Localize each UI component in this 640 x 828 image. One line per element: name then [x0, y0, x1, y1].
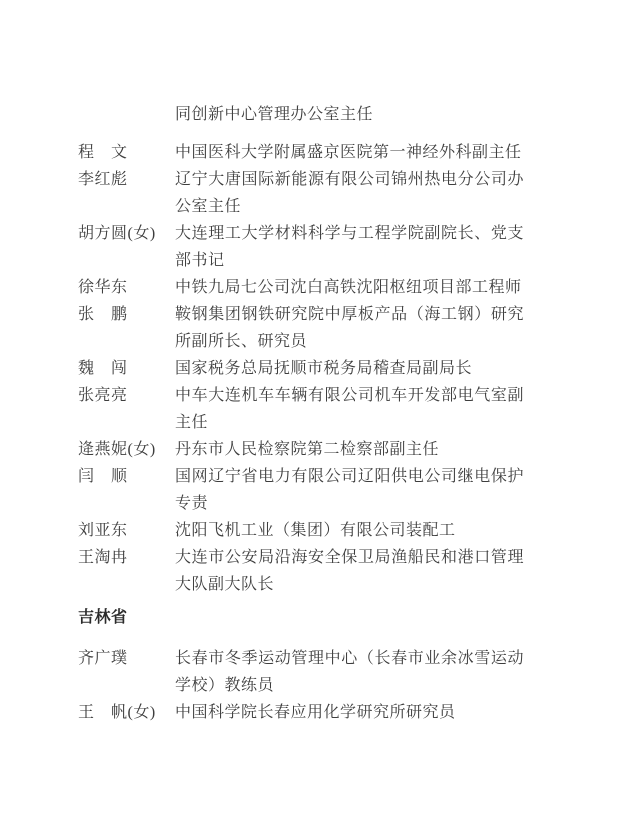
- entry-description: 大连市公安局沿海安全保卫局渔船民和港口管理大队副大队长: [175, 544, 524, 598]
- list-entry: 胡方圆(女)大连理工大学材料科学与工程学院副院长、党支部书记: [78, 220, 525, 274]
- list-entry: 闫 顺国网辽宁省电力有限公司辽阳供电公司继电保护专责: [78, 463, 525, 517]
- entry-description: 丹东市人民检察院第二检察部副主任: [175, 436, 524, 463]
- list-entry: 张 鹏鞍钢集团钢铁研究院中厚板产品（海工钢）研究所副所长、研究员: [78, 301, 525, 355]
- entry-name: 胡方圆(女): [78, 220, 175, 247]
- entry-description: 国家税务总局抚顺市税务局稽查局副局长: [175, 355, 524, 382]
- entry-name: 程 文: [78, 139, 175, 166]
- province-groups: 程 文中国医科大学附属盛京医院第一神经外科副主任李红彪辽宁大唐国际新能源有限公司…: [78, 139, 525, 726]
- entry-name: 王 帆(女): [78, 699, 175, 726]
- list-entry: 刘亚东沈阳飞机工业（集团）有限公司装配工: [78, 517, 525, 544]
- entry-description: 辽宁大唐国际新能源有限公司锦州热电分公司办公室主任: [175, 166, 524, 220]
- entry-description: 中国科学院长春应用化学研究所研究员: [175, 699, 524, 726]
- document-page: 同创新中心管理办公室主任 程 文中国医科大学附属盛京医院第一神经外科副主任李红彪…: [0, 0, 640, 828]
- entry-name: 逄燕妮(女): [78, 436, 175, 463]
- continuation-line: 同创新中心管理办公室主任: [175, 101, 524, 128]
- entry-description: 中铁九局七公司沈白高铁沈阳枢纽项目部工程师: [175, 274, 524, 301]
- entry-name: 徐华东: [78, 274, 175, 301]
- entry-description: 长春市冬季运动管理中心（长春市业余冰雪运动学校）教练员: [175, 645, 524, 699]
- entry-description: 大连理工大学材料科学与工程学院副院长、党支部书记: [175, 220, 524, 274]
- entry-description: 中国医科大学附属盛京医院第一神经外科副主任: [175, 139, 524, 166]
- list-entry: 李红彪辽宁大唐国际新能源有限公司锦州热电分公司办公室主任: [78, 166, 525, 220]
- entry-name: 张 鹏: [78, 301, 175, 328]
- entry-name: 李红彪: [78, 166, 175, 193]
- entry-description: 沈阳飞机工业（集团）有限公司装配工: [175, 517, 524, 544]
- list-entry: 徐华东中铁九局七公司沈白高铁沈阳枢纽项目部工程师: [78, 274, 525, 301]
- entry-name: 刘亚东: [78, 517, 175, 544]
- entry-name: 齐广璞: [78, 645, 175, 672]
- entry-description: 中车大连机车车辆有限公司机车开发部电气室副主任: [175, 382, 524, 436]
- entry-name: 张亮亮: [78, 382, 175, 409]
- list-entry: 王淘冉大连市公安局沿海安全保卫局渔船民和港口管理大队副大队长: [78, 544, 525, 598]
- list-entry: 魏 闯国家税务总局抚顺市税务局稽查局副局长: [78, 355, 525, 382]
- entry-name: 魏 闯: [78, 355, 175, 382]
- list-entry: 程 文中国医科大学附属盛京医院第一神经外科副主任: [78, 139, 525, 166]
- entry-name: 王淘冉: [78, 544, 175, 571]
- entry-description: 鞍钢集团钢铁研究院中厚板产品（海工钢）研究所副所长、研究员: [175, 301, 524, 355]
- entry-name: 闫 顺: [78, 463, 175, 490]
- entry-description: 国网辽宁省电力有限公司辽阳供电公司继电保护专责: [175, 463, 524, 517]
- province-header: 吉林省: [78, 604, 525, 631]
- list-entry: 齐广璞长春市冬季运动管理中心（长春市业余冰雪运动学校）教练员: [78, 645, 525, 699]
- list-entry: 张亮亮中车大连机车车辆有限公司机车开发部电气室副主任: [78, 382, 525, 436]
- honor-roll-list: 同创新中心管理办公室主任 程 文中国医科大学附属盛京医院第一神经外科副主任李红彪…: [78, 101, 525, 726]
- list-entry: 逄燕妮(女)丹东市人民检察院第二检察部副主任: [78, 436, 525, 463]
- list-entry: 王 帆(女)中国科学院长春应用化学研究所研究员: [78, 699, 525, 726]
